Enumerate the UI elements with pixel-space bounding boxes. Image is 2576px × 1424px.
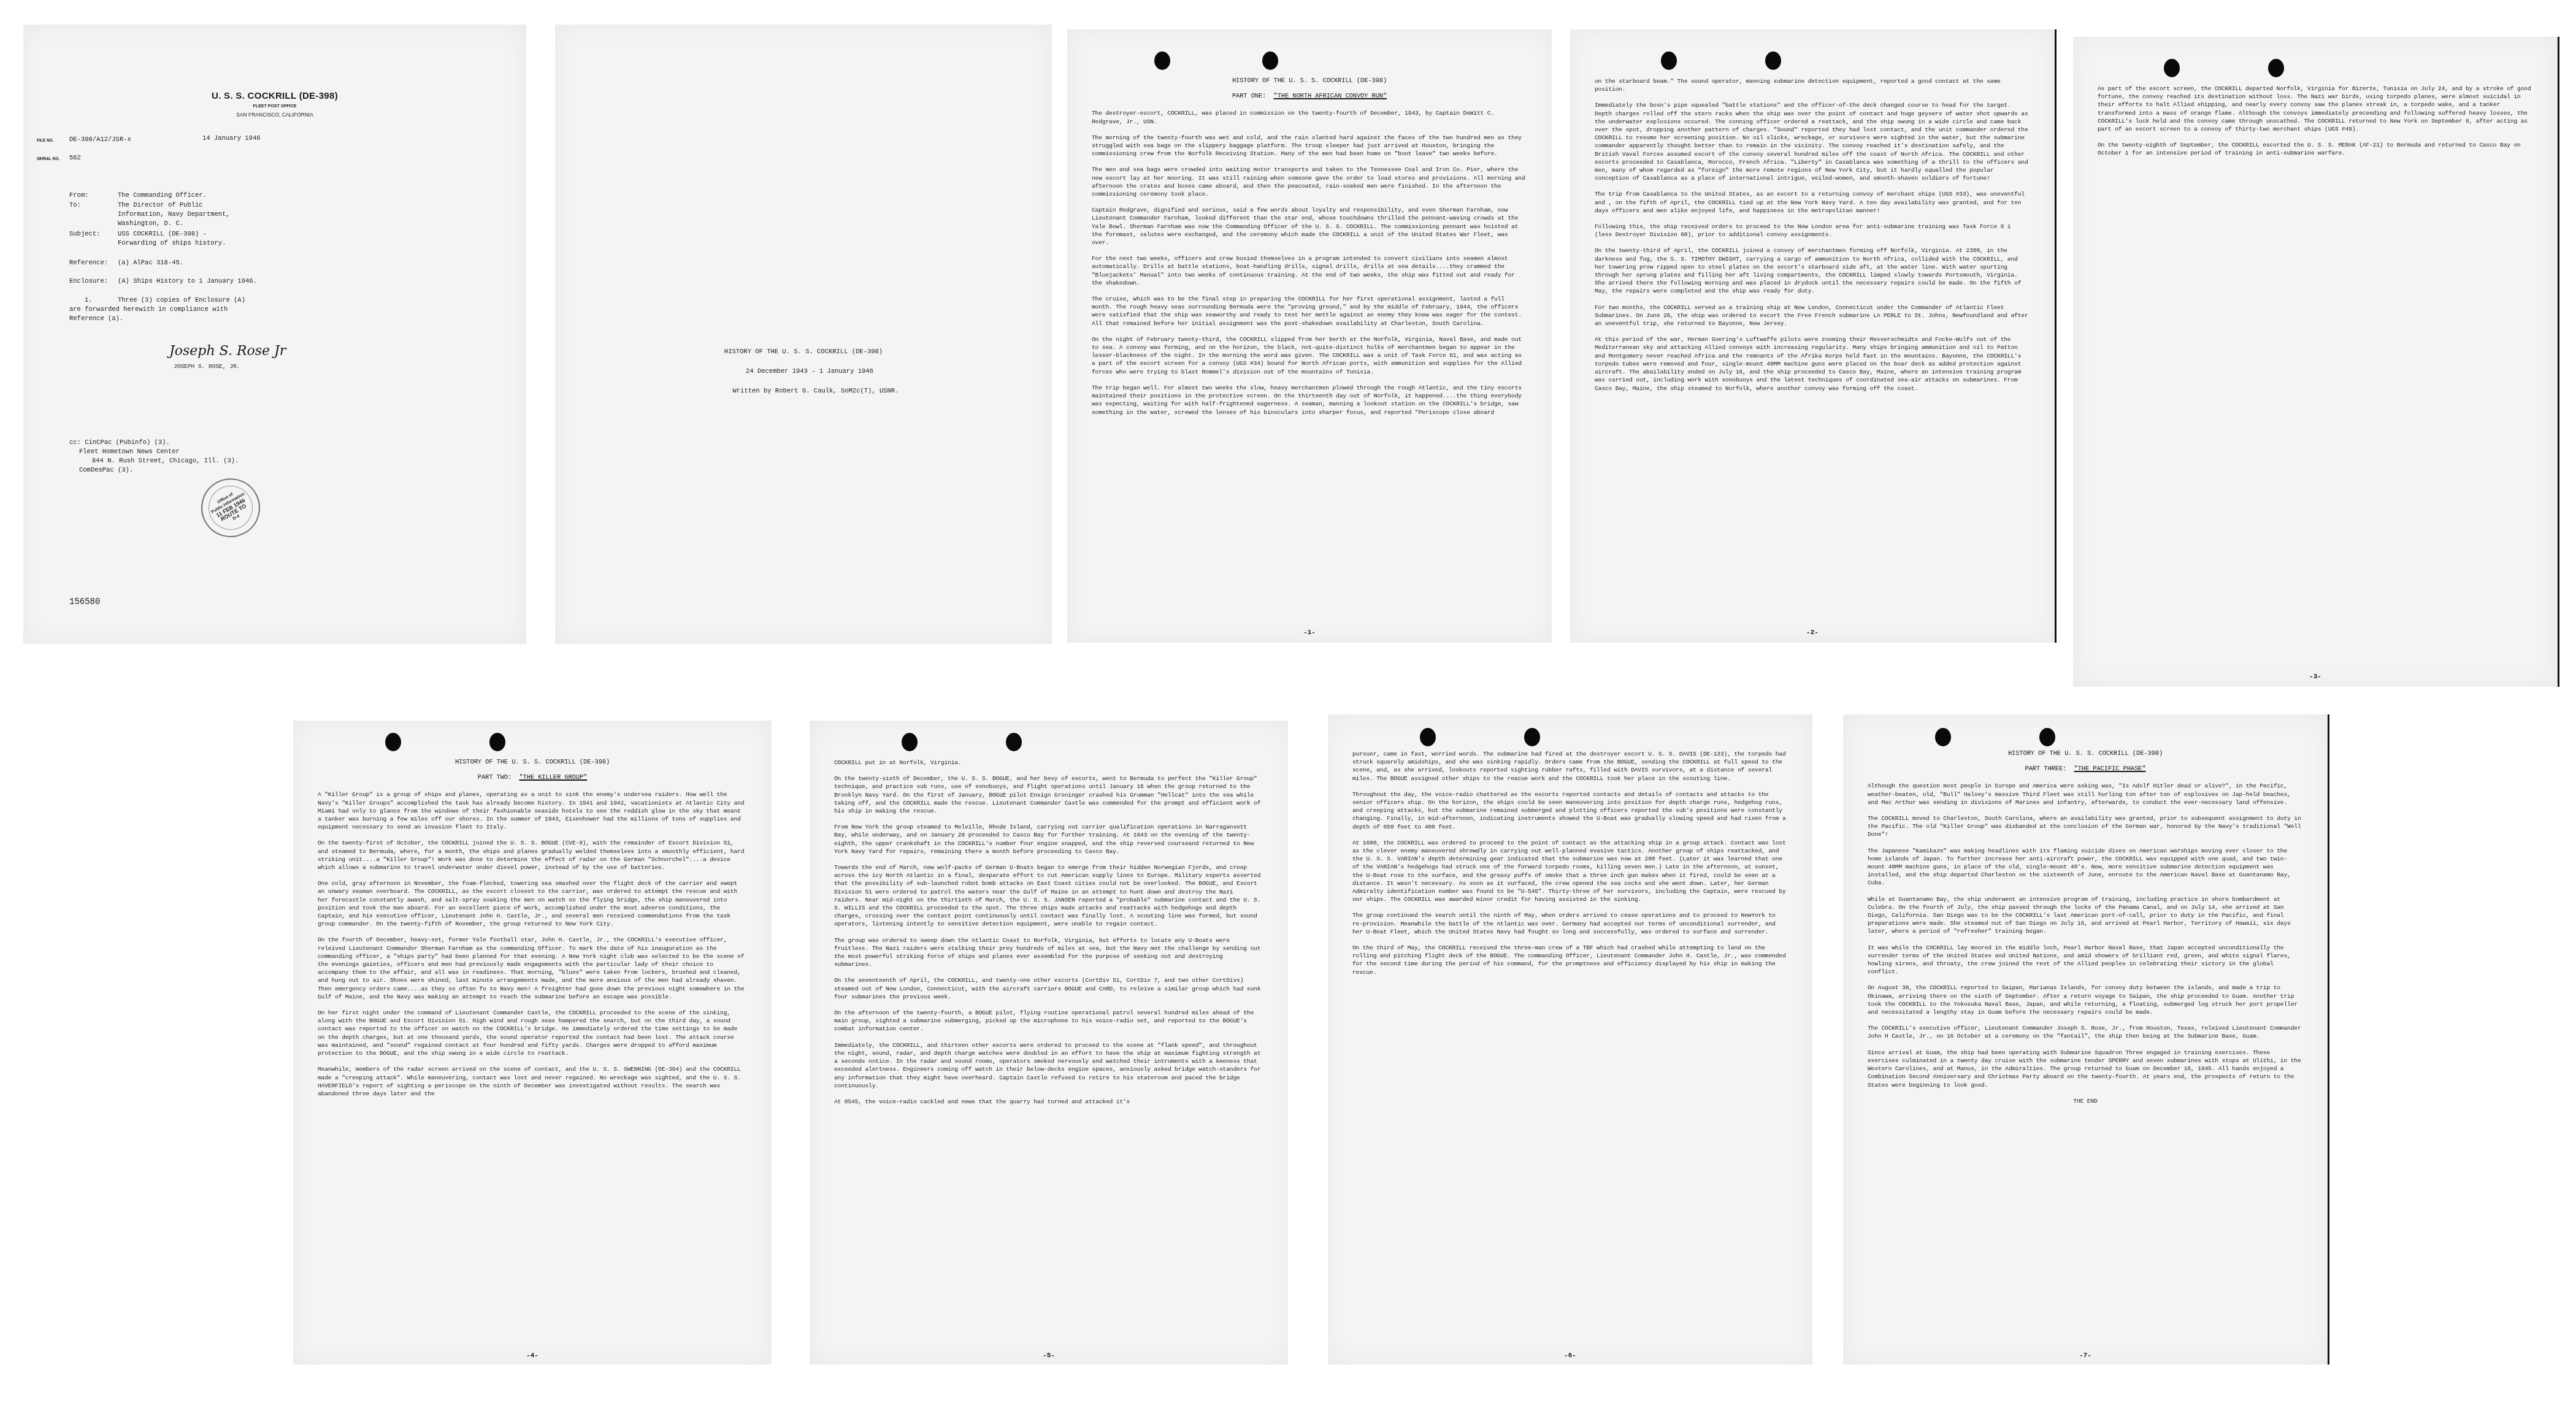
part-label: PART TWO: [478,774,512,781]
part-heading: PART ONE: "THE NORTH AFRICAN CONVOY RUN" [1092,93,1527,101]
paragraph: On the afternoon of the twenty-fourth, a… [834,1009,1263,1033]
paragraph: The Japanese "Kamikaze" was making headl… [1868,847,2303,887]
part-title: "THE PACIFIC PHASE" [2074,765,2146,773]
punch-holes [293,733,772,750]
paragraph: Immediately the bosn's pipe squealed "ba… [1595,101,2030,182]
paragraph: The COCKRILL's executive officer, Lieute… [1868,1024,2303,1040]
punch-holes [810,733,1288,750]
paragraph: At 0545, the voice-radio cackled and new… [834,1098,1263,1106]
paragraph: The destroyer-escort, COCKRILL, was plac… [1092,109,1527,125]
paragraph: On the twenty-first of October, the COCK… [318,839,747,871]
paragraphs: on the starboard beam." The sound operat… [1595,77,2030,392]
page-body: on the starboard beam." The sound operat… [1595,77,2030,400]
paragraph: A "Killer Group" is a group of ships and… [318,790,747,831]
from-label: From: [69,191,89,201]
punch-hole-icon [2164,59,2180,77]
paragraph: On the fourth of December, heavy-set, fo… [318,936,747,1001]
page-number: -1- [1067,629,1552,637]
page-header: HISTORY OF THE U. S. S. COCKRILL (DE-398… [318,759,747,767]
cc-line-4: ComDesPac (3). [79,466,133,475]
history-page-4: HISTORY OF THE U. S. S. COCKRILL (DE-398… [293,721,772,1365]
letterhead-line2: FLEET POST OFFICE [23,104,526,109]
the-end: THE END [1868,1097,2303,1105]
history-author: Written by Robert G. Caulk, SoM2c(T), US… [580,388,1052,395]
handwritten-signature: Joseph S. Rose Jr [169,343,286,359]
punch-hole-icon [489,733,505,751]
subject-value: USS COCKRILL (DE-398) - Forwarding of sh… [118,230,240,248]
paragraphs: Although the question most people in Eur… [1868,782,2303,1089]
punch-hole-icon [1935,728,1951,746]
paragraph: Meanwhile, members of the radar screen a… [318,1065,747,1098]
page-number: -3- [2073,673,2558,681]
file-no: DE-398/A12/JSR-x [69,136,131,144]
paragraph: On the seventeenth of April, the COCKRIL… [834,976,1263,1001]
paragraph: On the night of February twenty-third, t… [1092,335,1527,376]
paragraphs: A "Killer Group" is a group of ships and… [318,790,747,1098]
subject-label: Subject: [69,230,100,239]
paragraph: At 1600, the COCKRILL was ordered to pro… [1352,839,1788,904]
paragraph: For the next two weeks, officers and cre… [1092,255,1527,287]
document-number: 156580 [69,598,100,607]
paragraph: One cold, gray afternoon in November, th… [318,879,747,928]
punch-holes [1570,52,2055,69]
paragraph: On the third of May, the COCKRILL receiv… [1352,944,1788,976]
punch-hole-icon [1262,52,1278,70]
history-page-6: pursuer, came in fast, worried words. Th… [1328,714,1812,1365]
paragraph: Towards the end of March, new wolf-packs… [834,863,1263,928]
page-body: HISTORY OF THE U. S. S. COCKRILL (DE-398… [1868,750,2303,1105]
part-label: PART THREE: [2025,765,2067,773]
paragraph: Throughout the day, the voice-radio chat… [1352,790,1788,831]
page-body: pursuer, came in fast, worried words. Th… [1352,750,1788,984]
paragraph: The cruise, which was to be the final st… [1092,295,1527,327]
from-value: The Commanding Officer. [118,191,207,201]
paragraph: The COCKRILL moved to Charleston, South … [1868,814,2303,839]
paragraph: It was while the COCKRILL lay moored in … [1868,944,2303,976]
title-page: HISTORY OF THE U. S. S. COCKRILL (DE-398… [555,25,1052,644]
paragraph: On the twenty-third of April, the COCKRI… [1595,247,2030,295]
history-page-7: HISTORY OF THE U. S. S. COCKRILL (DE-398… [1843,714,2329,1365]
letter-date: 14 January 1946 [202,135,261,142]
paragraph: On her first night under the command of … [318,1009,747,1057]
page-number: -6- [1328,1352,1812,1360]
paragraph: on the starboard beam." The sound operat… [1595,77,2030,93]
enclosure-value: (A) Ships History to 1 January 1946. [118,277,257,286]
punch-holes [1843,728,2328,745]
punch-hole-icon [1765,52,1781,70]
reference-value: (a) AlPac 318-45. [118,259,183,268]
letterhead-ship-name: U. S. S. COCKRILL (DE-398) [23,91,526,101]
page-number: -7- [1843,1352,2328,1360]
history-page-2: on the starboard beam." The sound operat… [1570,29,2057,643]
page-body: COCKRILL put in at Norfolk, Virginia.On … [834,759,1263,1114]
cover-letter-page: U. S. S. COCKRILL (DE-398) FLEET POST OF… [23,25,526,644]
part-title: "THE NORTH AFRICAN CONVOY RUN" [1274,93,1387,100]
punch-holes [2073,59,2558,76]
punch-hole-icon [2039,728,2055,746]
serial-no: 562 [69,155,81,162]
serial-no-label: SERIAL NO. [37,157,59,161]
part-heading: PART THREE: "THE PACIFIC PHASE" [1868,765,2303,773]
reference-label: Reference: [69,259,108,268]
page-number: -4- [293,1352,772,1360]
part-label: PART ONE: [1232,93,1266,100]
paragraph: On the twenty-sixth of December, the U. … [834,775,1263,815]
paragraph: The trip began well. For almost two week… [1092,384,1527,416]
cc-line-1: cc: CinCPac (Pubinfo) (3). [69,438,170,448]
part-heading: PART TWO: "THE KILLER GROUP" [318,774,747,782]
history-title: HISTORY OF THE U. S. S. COCKRILL (DE-398… [555,348,1052,356]
signature-name: JOSEPH S. ROSE, JR. [174,362,240,371]
paragraph: Captain Redgrave, dignified and serious,… [1092,206,1527,247]
paragraph: pursuer, came in fast, worried words. Th… [1352,750,1788,783]
to-value: The Director of Public Information, Navy… [118,201,240,229]
page-number: -5- [810,1352,1288,1360]
paragraph: COCKRILL put in at Norfolk, Virginia. [834,759,1263,767]
paragraph: The group was ordered to sweep down the … [834,936,1263,969]
paragraph: The morning of the twenty-fourth was wet… [1092,134,1527,158]
paragraph: Following this, the ship received orders… [1595,223,2030,239]
page-body: HISTORY OF THE U. S. S. COCKRILL (DE-398… [1092,77,1527,424]
paragraph: Since arrival at Guam, the ship had been… [1868,1049,2303,1089]
page-body: As part of the escort screen, the COCKRI… [2098,85,2533,166]
received-date-stamp: Office of Public Information 11 FEB 1946… [190,467,270,548]
punch-hole-icon [1661,52,1677,70]
punch-hole-icon [1420,728,1436,746]
paragraph: On August 30, the COCKRILL reported to S… [1868,984,2303,1016]
paragraphs: The destroyer-escort, COCKRILL, was plac… [1092,109,1527,416]
cc-line-2: Fleet Hometown News Center [79,448,180,457]
paragraphs: pursuer, came in fast, worried words. Th… [1352,750,1788,976]
punch-hole-icon [1154,52,1170,70]
paragraph: As part of the escort screen, the COCKRI… [2098,85,2533,133]
history-page-3: As part of the escort screen, the COCKRI… [2073,37,2559,687]
enclosure-label: Enclosure: [69,277,108,286]
page-body: HISTORY OF THE U. S. S. COCKRILL (DE-398… [318,759,747,1106]
punch-holes [1328,728,1812,745]
file-no-label: FILE NO. [37,139,53,143]
punch-hole-icon [385,733,401,751]
paragraph: From New York the group steamed to Melvi… [834,823,1263,856]
paragraph-text: Three (3) copies of Enclosure (A) are fo… [69,296,253,324]
history-page-1: HISTORY OF THE U. S. S. COCKRILL (DE-398… [1067,29,1552,643]
paragraph: The men and sea bags were crowded into w… [1092,166,1527,198]
history-dates: 24 December 1943 - 1 January 1946 [567,368,1052,375]
paragraph: On the twenty-eighth of September, the C… [2098,141,2533,157]
paragraph: The group continued the search until the… [1352,911,1788,936]
punch-hole-icon [902,733,918,751]
paragraph: Immediately, the COCKRILL, and thirteen … [834,1041,1263,1090]
letterhead-line3: SAN FRANCISCO, CALIFORNIA [23,112,526,118]
paragraph: While at Guantanamo Bay, the ship underw… [1868,895,2303,936]
paragraph: At this period of the war, Herman Goerin… [1595,335,2030,392]
page-header: HISTORY OF THE U. S. S. COCKRILL (DE-398… [1868,750,2303,758]
paragraph: Although the question most people in Eur… [1868,782,2303,806]
punch-hole-icon [1006,733,1022,751]
paragraph: The trip from Casablanca to the United S… [1595,190,2030,215]
history-page-5: COCKRILL put in at Norfolk, Virginia.On … [810,721,1288,1365]
page-header: HISTORY OF THE U. S. S. COCKRILL (DE-398… [1092,77,1527,85]
punch-hole-icon [2268,59,2284,77]
cc-line-3: 844 N. Rush Street, Chicago, Ill. (3). [92,457,239,466]
paragraphs: COCKRILL put in at Norfolk, Virginia.On … [834,759,1263,1106]
paragraphs: As part of the escort screen, the COCKRI… [2098,85,2533,158]
punch-holes [1067,52,1552,69]
paragraph: For two months, the COCKRILL served as a… [1595,304,2030,328]
page-number: -2- [1570,629,2055,637]
punch-hole-icon [1524,728,1540,746]
part-title: "THE KILLER GROUP" [519,774,587,781]
to-label: To: [69,201,81,210]
